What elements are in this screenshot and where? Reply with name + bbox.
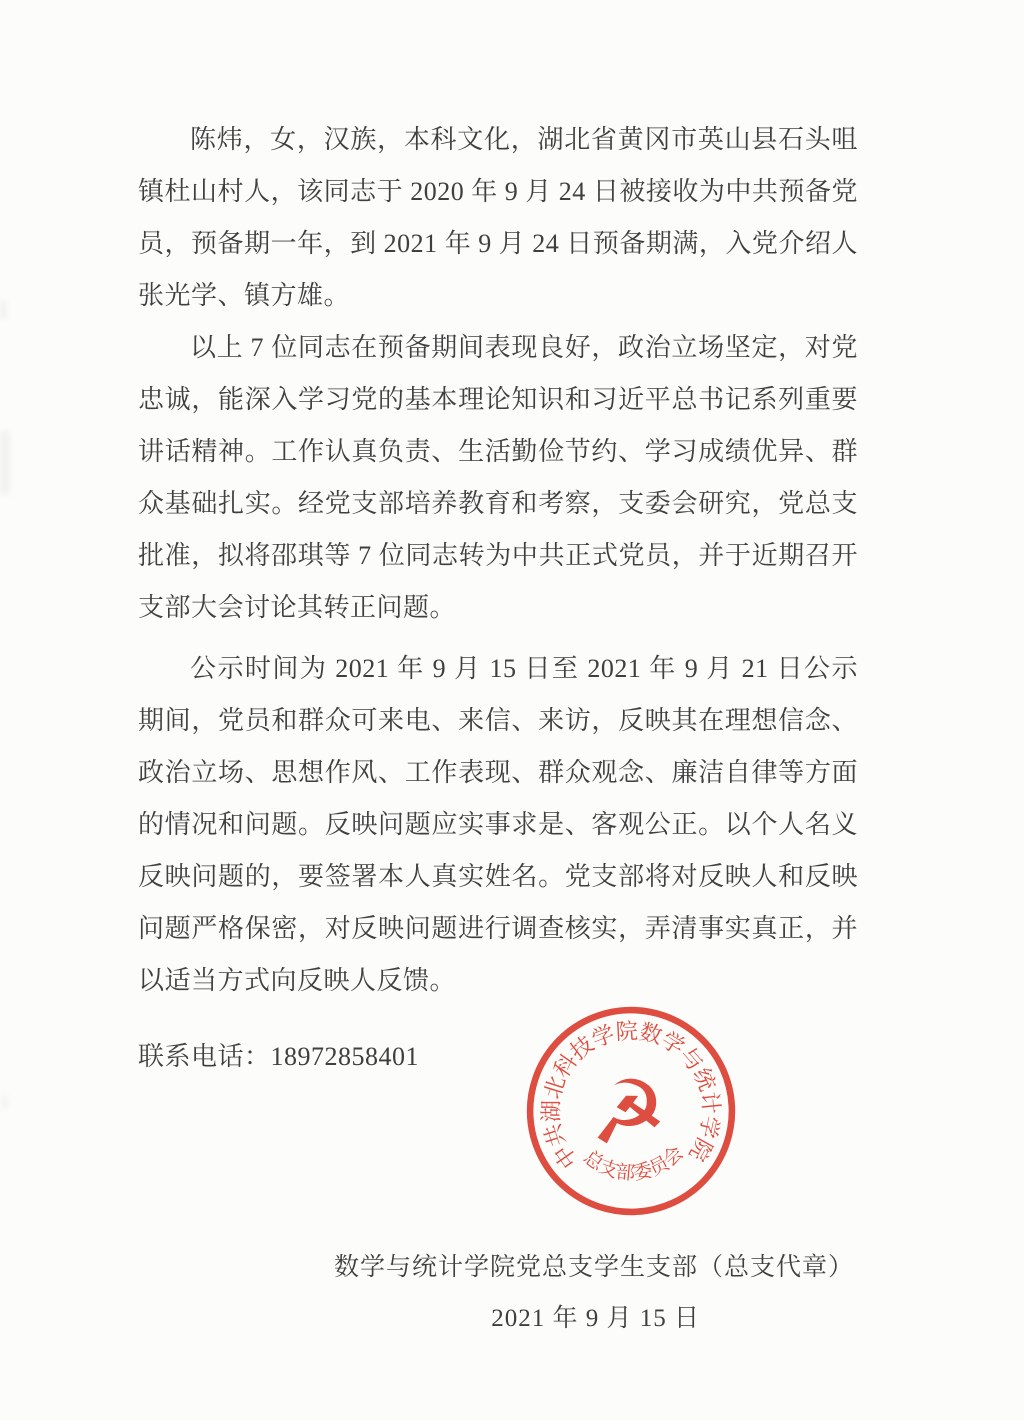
seal-arc-char: 湖 xyxy=(539,1100,564,1122)
seal-arc-char: 院 xyxy=(615,1018,638,1044)
document-body: 陈炜，女，汉族，本科文化，湖北省黄冈市英山县石头咀镇杜山村人，该同志于 2020… xyxy=(138,114,858,1339)
paragraph-publicity-period: 公示时间为 2021 年 9 月 15 日至 2021 年 9 月 21 日公示… xyxy=(138,643,858,1007)
scan-artifact xyxy=(0,300,7,320)
seal-arc-char: 计 xyxy=(697,1091,724,1116)
official-seal-svg: 中共湖北科技学院数学与统计学院总支部委员会☭ xyxy=(514,994,747,1227)
signature-date-line: 2021 年 9 月 15 日 xyxy=(138,1299,858,1339)
scan-artifact xyxy=(0,430,10,495)
paragraph-evaluation: 以上 7 位同志在预备期间表现良好，政治立场坚定，对党忠诚，能深入学习党的基本理… xyxy=(138,322,858,634)
official-seal: 中共湖北科技学院数学与统计学院总支部委员会☭ xyxy=(514,994,747,1227)
scanned-document-page: 陈炜，女，汉族，本科文化，湖北省黄冈市英山县石头咀镇杜山村人，该同志于 2020… xyxy=(0,0,1024,1420)
signature-block: 数学与统计学院党总支学生支部（总支代章） 2021 年 9 月 15 日 xyxy=(138,1248,858,1339)
signature-org-line: 数学与统计学院党总支学生支部（总支代章） xyxy=(138,1248,858,1288)
scan-artifact xyxy=(2,1095,8,1109)
paragraph-member-intro: 陈炜，女，汉族，本科文化，湖北省黄冈市英山县石头咀镇杜山村人，该同志于 2020… xyxy=(138,114,858,322)
hammer-and-sickle-icon: ☭ xyxy=(587,1063,670,1163)
contact-phone-line: 联系电话：18972858401 xyxy=(138,1031,858,1083)
